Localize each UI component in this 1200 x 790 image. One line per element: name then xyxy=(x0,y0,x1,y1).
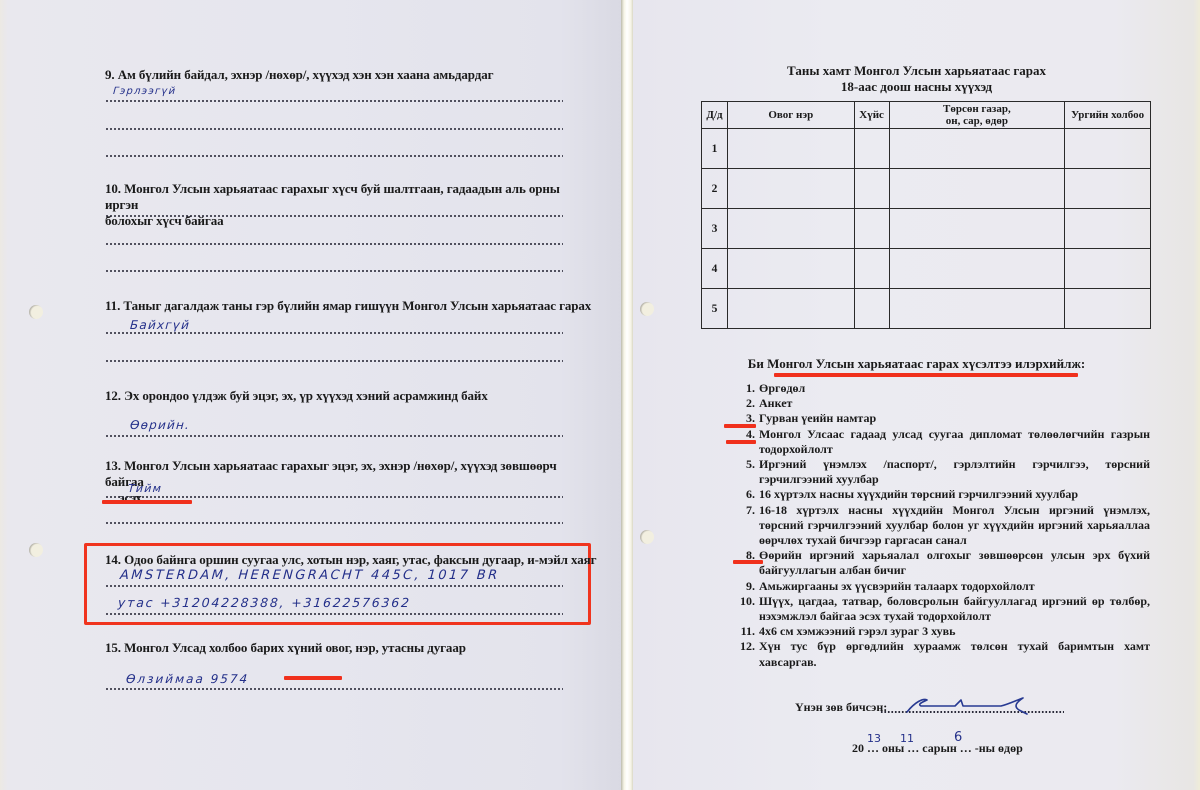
red-underline-mark xyxy=(726,440,756,444)
answer-11[interactable]: Байхгүй xyxy=(130,318,191,332)
col-header-relation: Ургийн холбоо xyxy=(1065,102,1151,129)
answer-line xyxy=(105,270,563,272)
cell-relation[interactable] xyxy=(1065,169,1151,209)
red-underline-mark xyxy=(102,500,192,504)
children-section-title: Таны хамт Монгол Улсын харьяатаас гарах xyxy=(633,63,1200,79)
table-row: 3 xyxy=(702,209,1151,249)
red-underline-mark xyxy=(724,424,756,428)
answer-line xyxy=(105,688,563,690)
col-header-no: Д/д xyxy=(702,102,728,129)
answer-line xyxy=(105,522,563,524)
cell-birth[interactable] xyxy=(889,209,1065,249)
list-item: 12.Хүн тус бүр өргөдлийн хураамж төлсөн … xyxy=(735,639,1150,669)
list-item: 10.Шүүх, цагдаа, татвар, боловсролын бай… xyxy=(735,594,1150,624)
date-year-handwritten[interactable]: 13 xyxy=(867,732,881,745)
declaration-heading: Би Монгол Улсын харьяатаас гарах хүсэлтэ… xyxy=(633,356,1200,372)
question-10: 10. Монгол Улсын харьяатаас гарахыг хүсч… xyxy=(105,181,575,229)
cell-birth[interactable] xyxy=(889,289,1065,329)
punch-hole-icon xyxy=(640,302,654,316)
table-row: 4 xyxy=(702,249,1151,289)
handwritten-signature-icon[interactable] xyxy=(905,694,1035,716)
children-table: Д/д Овог нэр Хүйс Төрсөн газар,он, сар, … xyxy=(701,101,1151,329)
question-14: 14. Одоо байнга оршин суугаа улс, хотын … xyxy=(105,552,596,568)
answer-line xyxy=(105,585,563,587)
answer-line xyxy=(105,155,563,157)
question-15: 15. Монгол Улсад холбоо барих хүний овог… xyxy=(105,640,466,656)
col-header-sex: Хүйс xyxy=(854,102,889,129)
list-item: 2.Анкет xyxy=(735,396,1150,411)
answer-15[interactable]: Өлзиймаа 9574 xyxy=(126,672,250,686)
table-row: 1 xyxy=(702,129,1151,169)
question-9: 9. Ам бүлийн байдал, эхнэр /нөхөр/, хүүх… xyxy=(105,67,493,83)
cell-relation[interactable] xyxy=(1065,289,1151,329)
list-item: 8.Өөрийн иргэний харьяалал олгохыг зөвшө… xyxy=(735,548,1150,578)
col-header-birth: Төрсөн газар,он, сар, өдөр xyxy=(889,102,1065,129)
answer-line xyxy=(105,613,563,615)
answer-9[interactable]: Гэрлээгүй xyxy=(113,86,177,97)
cell-sex[interactable] xyxy=(854,209,889,249)
table-row: 5 xyxy=(702,289,1151,329)
answer-line xyxy=(105,243,563,245)
list-item: 1.Өргөдөл xyxy=(735,381,1150,396)
table-row: 2 xyxy=(702,169,1151,209)
signature-label: Үнэн зөв бичсэн: xyxy=(795,700,887,715)
list-item: 6.16 хүртэлх насны хүүхдийн төрсний гэрч… xyxy=(735,487,1150,502)
redaction-mark xyxy=(284,676,342,680)
answer-line xyxy=(105,215,563,217)
row-number: 2 xyxy=(702,169,728,209)
date-day-handwritten[interactable]: 6 xyxy=(954,730,962,745)
question-12: 12. Эх орондоо үлдэж буй эцэг, эх, үр хү… xyxy=(105,388,488,404)
cell-relation[interactable] xyxy=(1065,209,1151,249)
table-header-row: Д/д Овог нэр Хүйс Төрсөн газар,он, сар, … xyxy=(702,102,1151,129)
cell-sex[interactable] xyxy=(854,129,889,169)
answer-12[interactable]: Өөрийн. xyxy=(130,418,191,432)
cell-relation[interactable] xyxy=(1065,249,1151,289)
list-item: 4.Монгол Улсаас гадаад улсад суугаа дипл… xyxy=(735,427,1150,457)
row-number: 5 xyxy=(702,289,728,329)
red-underline-mark xyxy=(774,373,1078,377)
list-item: 3.Гурван үеийн намтар xyxy=(735,411,1150,426)
row-number: 1 xyxy=(702,129,728,169)
col-header-name: Овог нэр xyxy=(727,102,854,129)
children-section-subtitle: 18-аас доош насны хүүхэд xyxy=(633,79,1200,95)
punch-hole-icon xyxy=(29,543,43,557)
cell-birth[interactable] xyxy=(889,129,1065,169)
answer-13[interactable]: Тийм xyxy=(128,482,163,495)
answer-14-phone[interactable]: утас +31204228388, +31622576362 xyxy=(117,595,411,610)
answer-line xyxy=(105,360,563,362)
question-11: 11. Таныг дагалдаж таны гэр бүлийн ямар … xyxy=(105,298,591,314)
cell-name[interactable] xyxy=(727,129,854,169)
page-divider xyxy=(621,0,633,790)
date-month-handwritten[interactable]: 11 xyxy=(900,732,914,745)
required-documents-list: 1.Өргөдөл 2.Анкет 3.Гурван үеийн намтар … xyxy=(735,381,1150,670)
list-item: 9.Амьжиргааны эх үүсвэрийн талаарх тодор… xyxy=(735,579,1150,594)
answer-line xyxy=(105,332,563,334)
list-item: 5.Иргэний үнэмлэх /паспорт/, гэрлэлтийн … xyxy=(735,457,1150,487)
cell-name[interactable] xyxy=(727,209,854,249)
row-number: 3 xyxy=(702,209,728,249)
answer-line xyxy=(105,100,563,102)
cell-birth[interactable] xyxy=(889,169,1065,209)
answer-line xyxy=(105,128,563,130)
list-item: 7.16-18 хүртэлх насны хүүхдийн Монгол Ул… xyxy=(735,503,1150,549)
row-number: 4 xyxy=(702,249,728,289)
cell-relation[interactable] xyxy=(1065,129,1151,169)
list-item: 11.4х6 см хэмжээний гэрэл зураг 3 хувь xyxy=(735,624,1150,639)
cell-sex[interactable] xyxy=(854,289,889,329)
answer-14-address[interactable]: AMSTERDAM, HERENGRACHT 445C, 1017 BR xyxy=(119,568,500,583)
cell-name[interactable] xyxy=(727,249,854,289)
cell-name[interactable] xyxy=(727,289,854,329)
punch-hole-icon xyxy=(29,305,43,319)
cell-sex[interactable] xyxy=(854,249,889,289)
answer-line xyxy=(105,435,563,437)
punch-hole-icon xyxy=(640,530,654,544)
cell-birth[interactable] xyxy=(889,249,1065,289)
answer-line xyxy=(105,496,563,498)
cell-sex[interactable] xyxy=(854,169,889,209)
red-underline-mark xyxy=(733,560,763,564)
question-13: 13. Монгол Улсын харьяатаас гарахыг эцэг… xyxy=(105,458,575,506)
cell-name[interactable] xyxy=(727,169,854,209)
